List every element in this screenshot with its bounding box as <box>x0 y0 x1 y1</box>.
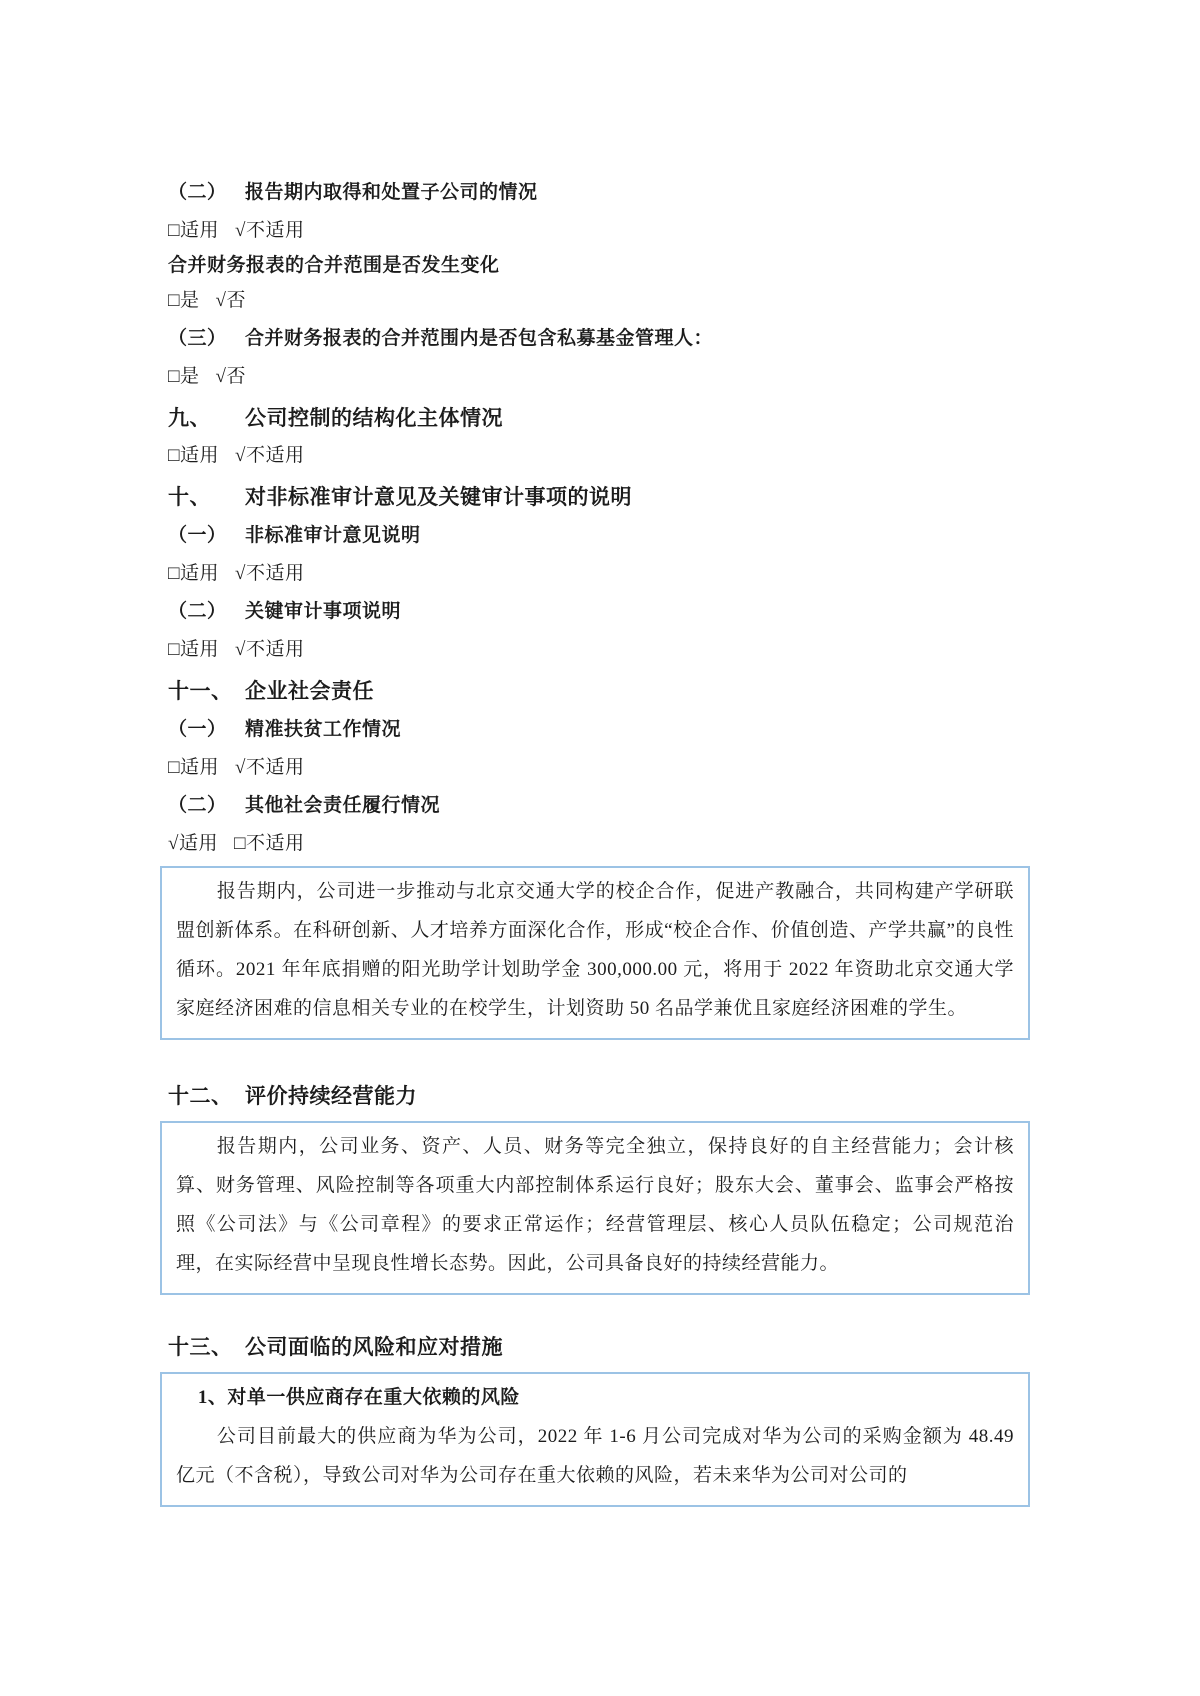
heading-title: 公司面临的风险和应对措施 <box>245 1333 503 1361</box>
check-mark-icon: √ <box>235 639 246 660</box>
check-mark-icon: √ <box>235 757 246 778</box>
checkbox-empty-icon: □ <box>168 220 180 241</box>
applicable-check-line: □适用√不适用 <box>160 443 1030 469</box>
applicable-check-line: □适用√不适用 <box>160 561 1030 587</box>
going-concern-text-box: 报告期内，公司业务、资产、人员、财务等完全独立，保持良好的自主经营能力；会计核算… <box>160 1121 1030 1295</box>
option-label: 不适用 <box>246 833 305 854</box>
checkbox-empty-icon: □ <box>168 366 180 387</box>
option-label: 适用 <box>180 757 219 778</box>
heading-title: 其他社会责任履行情况 <box>245 793 440 819</box>
option-label: 不适用 <box>246 757 305 778</box>
statement-consolidation-scope-change: 合并财务报表的合并范围是否发生变化 <box>160 253 1030 279</box>
applicable-check-line: √适用□不适用 <box>160 831 1030 857</box>
heading-number: （三） <box>168 326 245 352</box>
section-heading-subsidiaries-acquired-disposed: （二） 报告期内取得和处置子公司的情况 <box>160 180 1030 206</box>
section-heading-social-responsibility: 十一、 企业社会责任 <box>160 677 1030 705</box>
heading-title: 企业社会责任 <box>245 677 374 705</box>
sub-heading-poverty-alleviation: （一） 精准扶贫工作情况 <box>160 717 1030 743</box>
heading-number: （二） <box>168 599 245 625</box>
sub-heading-key-audit-matters: （二） 关键审计事项说明 <box>160 599 1030 625</box>
option-label: 不适用 <box>246 563 305 584</box>
applicable-check-line: □适用√不适用 <box>160 637 1030 663</box>
section-heading-going-concern: 十二、 评价持续经营能力 <box>160 1082 1030 1110</box>
sub-heading-other-social-responsibility: （二） 其他社会责任履行情况 <box>160 793 1030 819</box>
risk-text-box: 1、对单一供应商存在重大依赖的风险 公司目前最大的供应商为华为公司，2022 年… <box>160 1372 1030 1507</box>
heading-number: 十、 <box>168 483 245 511</box>
heading-number: （一） <box>168 523 245 549</box>
document-page: （二） 报告期内取得和处置子公司的情况 □适用√不适用 合并财务报表的合并范围是… <box>0 0 1200 1507</box>
option-label: 适用 <box>180 445 219 466</box>
check-mark-icon: √ <box>235 445 246 466</box>
heading-number: （二） <box>168 180 245 206</box>
section-heading-structured-entities: 九、 公司控制的结构化主体情况 <box>160 404 1030 432</box>
option-label: 适用 <box>180 563 219 584</box>
sub-heading-non-standard-audit-opinion: （一） 非标准审计意见说明 <box>160 523 1030 549</box>
paragraph: 公司目前最大的供应商为华为公司，2022 年 1-6 月公司完成对华为公司的采购… <box>176 1417 1014 1495</box>
heading-number: 九、 <box>168 404 245 432</box>
heading-title: 非标准审计意见说明 <box>245 523 421 549</box>
heading-number: （一） <box>168 717 245 743</box>
check-mark-icon: √ <box>216 366 227 387</box>
heading-title: 合并财务报表的合并范围内是否包含私募基金管理人： <box>245 326 713 352</box>
option-label: 是 <box>180 290 200 311</box>
option-label: 是 <box>180 366 200 387</box>
checkbox-empty-icon: □ <box>168 290 180 311</box>
social-responsibility-text-box: 报告期内，公司进一步推动与北京交通大学的校企合作，促进产教融合，共同构建产学研联… <box>160 866 1030 1040</box>
risk-item-title: 1、对单一供应商存在重大依赖的风险 <box>176 1378 1014 1417</box>
option-label: 适用 <box>180 220 219 241</box>
check-mark-icon: √ <box>235 563 246 584</box>
paragraph: 报告期内，公司进一步推动与北京交通大学的校企合作，促进产教融合，共同构建产学研联… <box>176 872 1014 1028</box>
option-label: 不适用 <box>246 220 305 241</box>
heading-number: 十二、 <box>168 1082 245 1110</box>
paragraph: 报告期内，公司业务、资产、人员、财务等完全独立，保持良好的自主经营能力；会计核算… <box>176 1127 1014 1283</box>
checkbox-empty-icon: □ <box>234 833 246 854</box>
section-heading-risks-and-measures: 十三、 公司面临的风险和应对措施 <box>160 1333 1030 1361</box>
heading-title: 评价持续经营能力 <box>245 1082 417 1110</box>
applicable-check-line: □适用√不适用 <box>160 218 1030 244</box>
option-label: 否 <box>226 366 246 387</box>
option-label: 不适用 <box>246 639 305 660</box>
yes-no-check-line: □是√否 <box>160 288 1030 314</box>
applicable-check-line: □适用√不适用 <box>160 755 1030 781</box>
check-mark-icon: √ <box>168 833 179 854</box>
section-heading-audit-opinion: 十、 对非标准审计意见及关键审计事项的说明 <box>160 483 1030 511</box>
yes-no-check-line: □是√否 <box>160 364 1030 390</box>
heading-title: 公司控制的结构化主体情况 <box>245 404 503 432</box>
section-heading-private-fund-manager: （三） 合并财务报表的合并范围内是否包含私募基金管理人： <box>160 326 1030 352</box>
heading-number: 十三、 <box>168 1333 245 1361</box>
heading-title: 关键审计事项说明 <box>245 599 401 625</box>
checkbox-empty-icon: □ <box>168 639 180 660</box>
heading-number: 十一、 <box>168 677 245 705</box>
check-mark-icon: √ <box>216 290 227 311</box>
check-mark-icon: √ <box>235 220 246 241</box>
option-label: 否 <box>226 290 246 311</box>
checkbox-empty-icon: □ <box>168 757 180 778</box>
checkbox-empty-icon: □ <box>168 563 180 584</box>
option-label: 适用 <box>179 833 218 854</box>
heading-title: 对非标准审计意见及关键审计事项的说明 <box>245 483 632 511</box>
option-label: 适用 <box>180 639 219 660</box>
heading-title: 报告期内取得和处置子公司的情况 <box>245 180 538 206</box>
heading-number: （二） <box>168 793 245 819</box>
option-label: 不适用 <box>246 445 305 466</box>
checkbox-empty-icon: □ <box>168 445 180 466</box>
heading-title: 精准扶贫工作情况 <box>245 717 401 743</box>
